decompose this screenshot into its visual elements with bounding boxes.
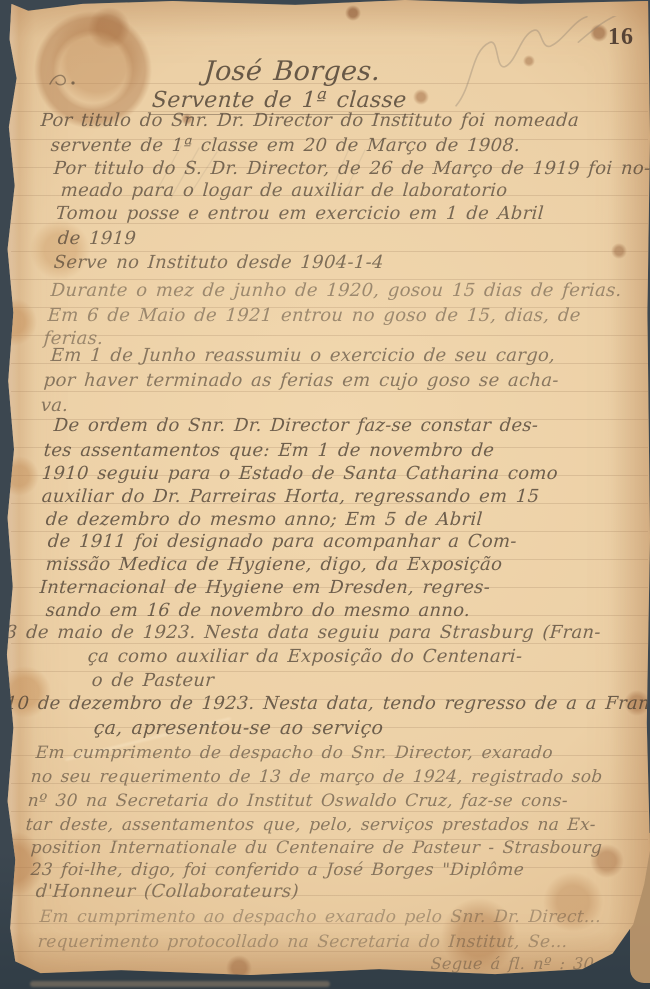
manuscript-line: tar deste, assentamentos que, pelo, serv… [25, 814, 596, 836]
manuscript-line: Por titulo do S. Dr. Director, de 26 de … [53, 158, 650, 180]
manuscript-line: Serve no Instituto desde 1904-1-4 [53, 252, 384, 274]
manuscript-line: no seu requerimento de 13 de março de 19… [30, 766, 603, 788]
photo-background: 16 José Borges. Servente de 1ª classe Po… [0, 0, 650, 989]
manuscript-line: Por titulo do Snr. Dr. Director do Insti… [40, 110, 580, 132]
manuscript-line: de dezembro do mesmo anno; Em 5 de Abril [45, 509, 483, 531]
manuscript-line: Segue á fl. nº : 30 [430, 953, 595, 975]
manuscript-line: meado para o logar de auxiliar de labora… [60, 180, 508, 202]
manuscript-line: sando em 16 de novembro do mesmo anno. [45, 600, 471, 622]
manuscript-line: o de Pasteur [91, 670, 215, 692]
manuscript-line: servente de 1ª classe em 20 de Março de … [50, 135, 521, 157]
manuscript-line: 1910 seguiu para o Estado de Santa Catha… [41, 463, 559, 485]
manuscript-line: requerimento protocollado na Secretaria … [37, 931, 568, 953]
underlying-pages-sliver [30, 981, 330, 987]
manuscript-line: Tomou posse e entrou em exercicio em 1 d… [55, 203, 545, 225]
manuscript-line: missão Medica de Hygiene, digo, da Expos… [45, 554, 503, 576]
manuscript-line: de 1919 [57, 228, 137, 250]
manuscript-line: de 1911 foi designado para acompanhar a … [47, 531, 517, 553]
manuscript-line: 3 de maio de 1923. Nesta data seguiu par… [5, 622, 602, 644]
manuscript-line: De ordem do Snr. Dr. Director faz-se con… [53, 415, 539, 437]
entry-title: José Borges. [203, 56, 381, 87]
manuscript-line: tes assentamentos que: Em 1 de novembro … [43, 440, 495, 462]
manuscript-line: Internacional de Hygiene em Dresden, reg… [39, 577, 491, 599]
manuscript-page: 16 José Borges. Servente de 1ª classe Po… [5, 0, 650, 977]
manuscript-line: 10 de dezembro de 1923. Nesta data, tend… [5, 693, 650, 715]
manuscript-line: auxiliar do Dr. Parreiras Horta, regress… [41, 486, 540, 508]
manuscript-line: Em cumprimento de despacho do Snr. Direc… [35, 742, 554, 764]
manuscript-line: Em 1 de Junho reassumiu o exercicio de s… [50, 345, 556, 367]
margin-scribble-mark [47, 68, 87, 94]
manuscript-line: position Internationale du Centenaire de… [30, 837, 603, 859]
manuscript-line: ça, apresentou-se ao serviço [93, 717, 384, 739]
manuscript-line: 23 foi-lhe, digo, foi conferido a José B… [30, 859, 525, 881]
manuscript-line: nº 30 na Secretaria do Institut Oswaldo … [27, 790, 569, 812]
manuscript-line: ça como auxiliar da Exposição do Centena… [87, 646, 523, 668]
manuscript-line: d'Honneur (Collaborateurs) [35, 881, 300, 903]
pencil-signature-mark [443, 16, 633, 111]
manuscript-line: por haver terminado as ferias em cujo go… [43, 370, 560, 392]
manuscript-line: va. [40, 395, 69, 417]
manuscript-line: Em cumprimento ao despacho exarado pelo … [39, 906, 602, 928]
manuscript-line: Durante o mez de junho de 1920, gosou 15… [50, 280, 622, 302]
manuscript-line: Em 6 de Maio de 1921 entrou no goso de 1… [47, 305, 581, 327]
